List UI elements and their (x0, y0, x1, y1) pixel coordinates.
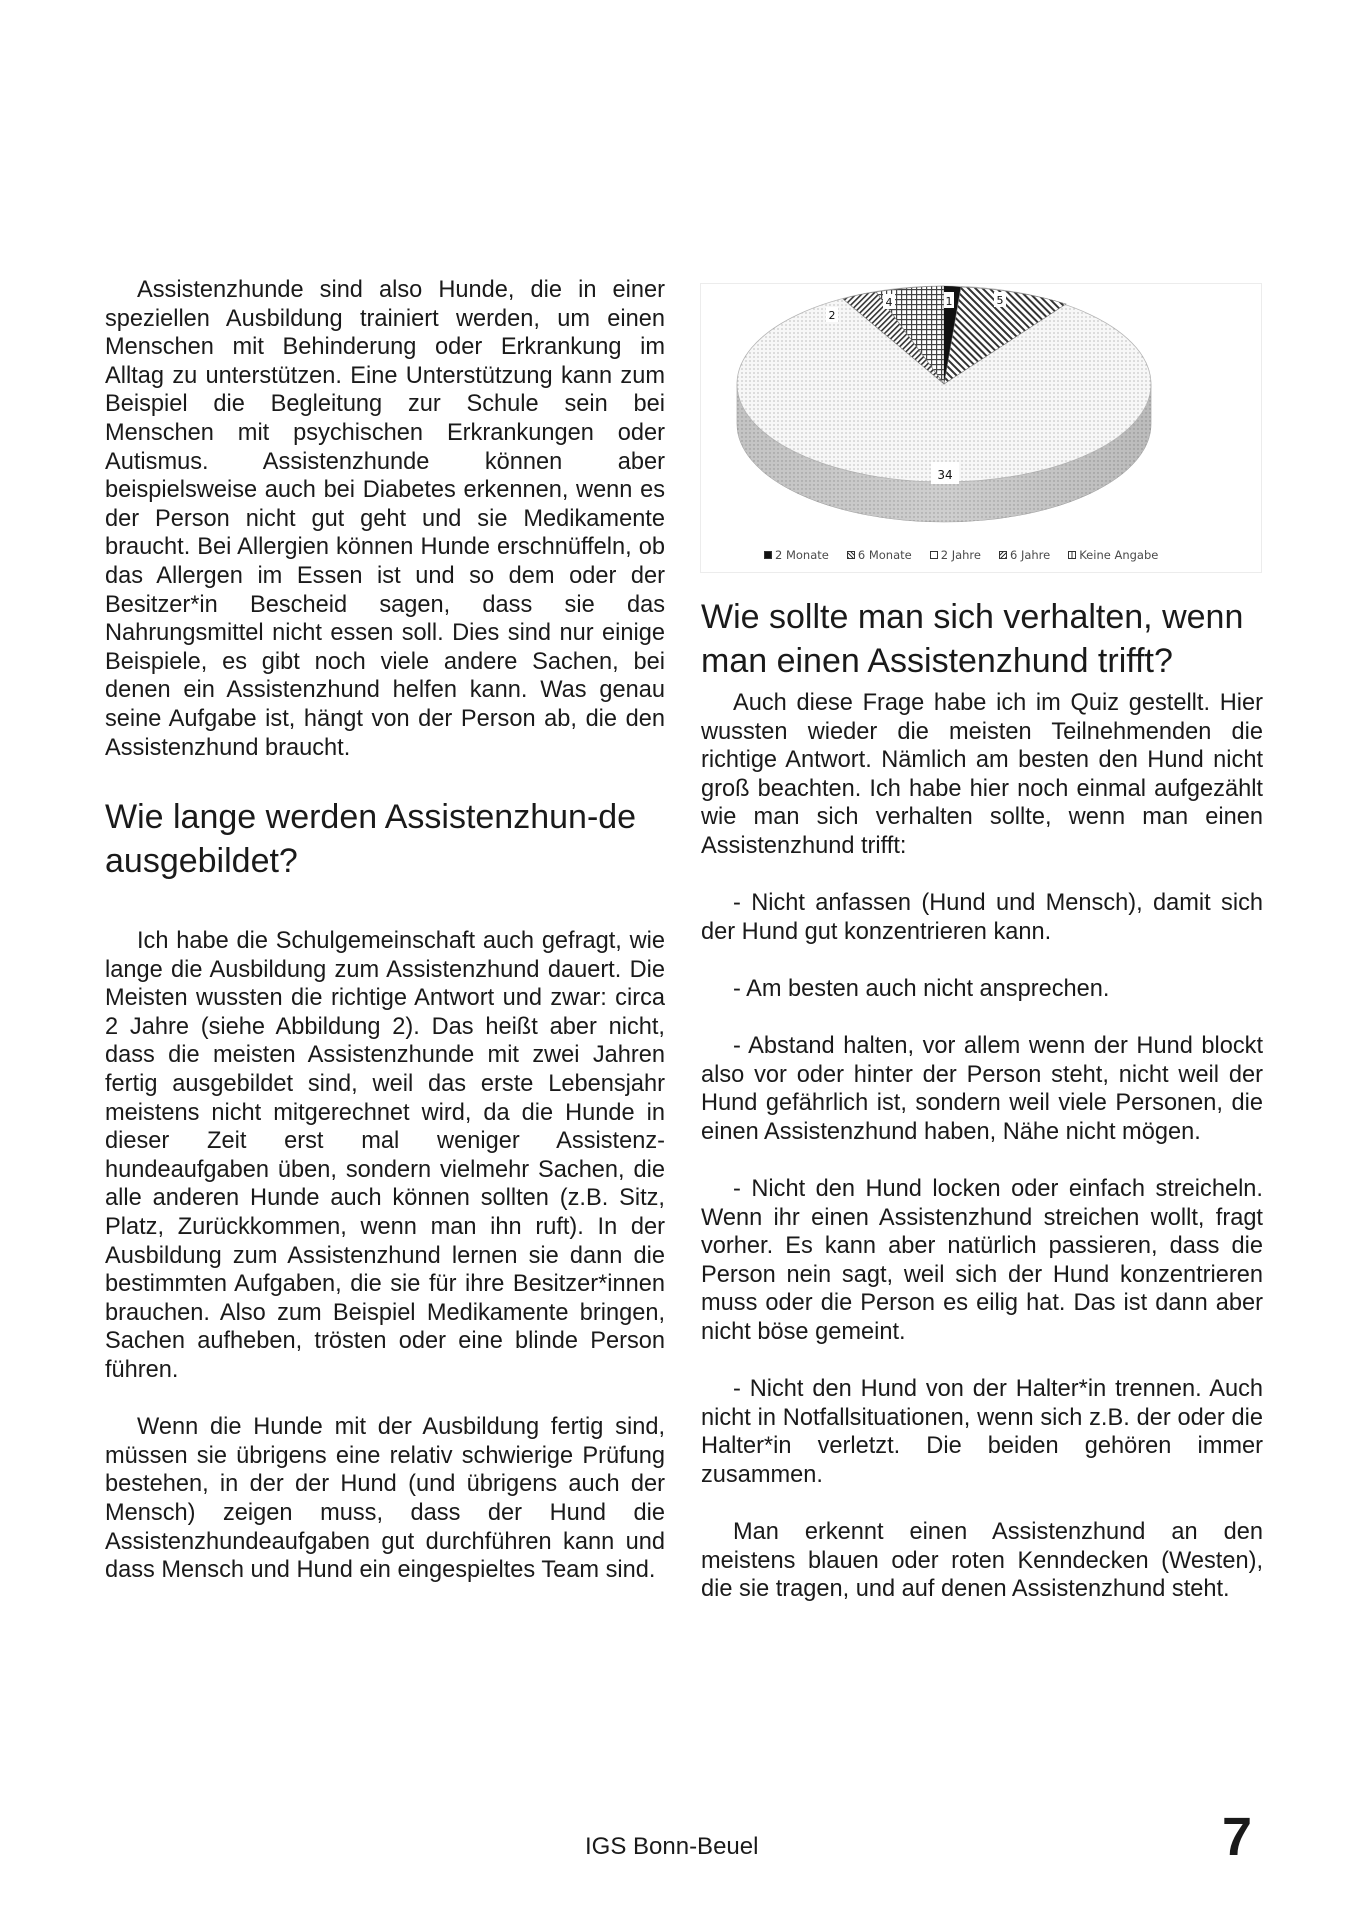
legend-item-6-jahre: 6 Jahre (999, 548, 1050, 562)
right-column: Wie sollte man sich verhalten, wenn man … (701, 596, 1263, 1604)
exam-paragraph: Wenn die Hunde mit der Ausbildung fertig… (105, 1413, 665, 1585)
tip-item: - Abstand halten, vor allem wenn der Hun… (701, 1032, 1263, 1146)
legend-item-6-monate: 6 Monate (847, 548, 912, 562)
chart-legend: 2 Monate 6 Monate 2 Jahre 6 Jahre Keine … (764, 548, 1158, 562)
tip-item: - Nicht anfassen (Hund und Mensch), dami… (701, 889, 1263, 946)
pie-chart-figure: 1 5 4 2 34 2 Monate 6 Monate 2 Jahre 6 J… (700, 283, 1262, 573)
section-heading-behaviour: Wie sollte man sich verhalten, wenn man … (701, 596, 1263, 683)
legend-swatch-icon (999, 551, 1007, 559)
tip-item: - Nicht den Hund locken oder einfach str… (701, 1175, 1263, 1347)
legend-swatch-icon (847, 551, 855, 559)
pie-chart: 1 5 4 2 34 (701, 284, 1261, 572)
left-column: Assistenzhunde sind also Hunde, die in e… (105, 276, 665, 1585)
legend-item-2-monate: 2 Monate (764, 548, 829, 562)
slice-label-6-monate: 5 (997, 294, 1004, 307)
slice-label-keine-angabe: 4 (886, 296, 893, 309)
legend-swatch-icon (764, 551, 772, 559)
legend-item-2-jahre: 2 Jahre (930, 548, 981, 562)
tip-item: - Nicht den Hund von der Halter*in trenn… (701, 1375, 1263, 1489)
closing-paragraph: Man erkennt einen Assistenzhund an den m… (701, 1518, 1263, 1604)
footer-school-name: IGS Bonn-Beuel (585, 1833, 758, 1861)
section-heading-training-duration: Wie lange werden Assistenzhun-de ausgebi… (105, 796, 665, 883)
legend-swatch-icon (930, 551, 938, 559)
behaviour-intro-paragraph: Auch diese Frage habe ich im Quiz gestel… (701, 689, 1263, 861)
slice-label-2-jahre: 34 (937, 468, 952, 482)
slice-label-6-jahre: 2 (829, 309, 836, 322)
slice-label-2-monate: 1 (946, 295, 953, 308)
tip-item: - Am besten auch nicht ansprechen. (701, 975, 1263, 1004)
legend-swatch-icon (1068, 551, 1076, 559)
intro-paragraph: Assistenzhunde sind also Hunde, die in e… (105, 276, 665, 762)
training-paragraph: Ich habe die Schulgemeinschaft auch ge­f… (105, 927, 665, 1385)
page-number: 7 (1222, 1806, 1252, 1868)
legend-item-keine-angabe: Keine Angabe (1068, 548, 1158, 562)
